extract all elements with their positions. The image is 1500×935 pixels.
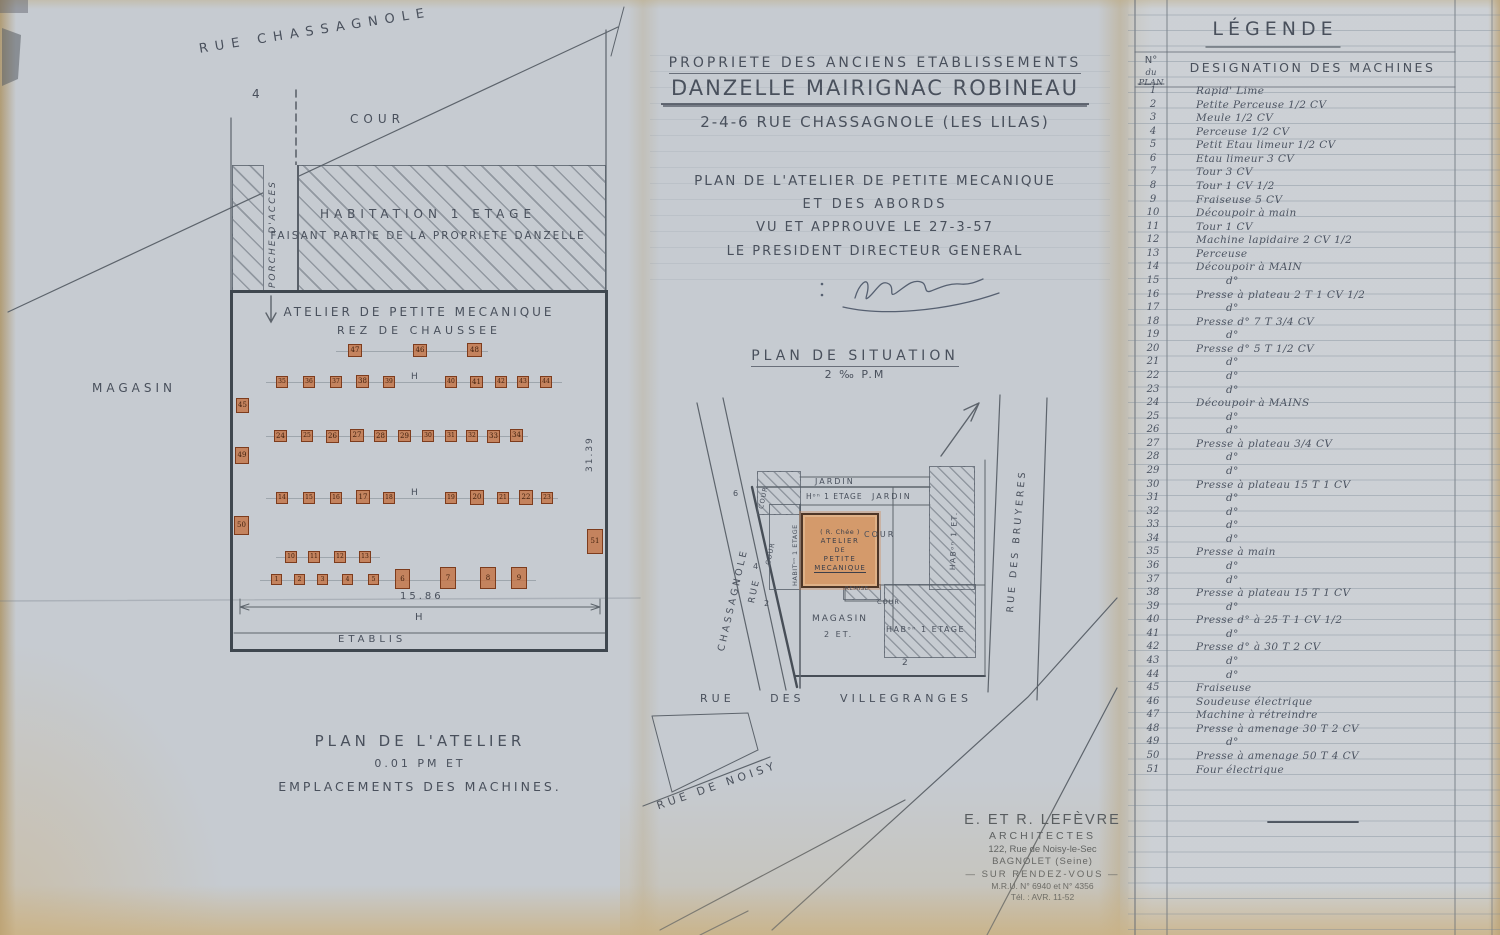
legend-row-44: 44d° [1128,669,1458,683]
stamp-name: E. ET R. LEFÈVRE [930,812,1155,828]
legend-row-number: 33 [1136,519,1170,530]
legend-row-14: 14Découpoir à MAIN [1128,261,1458,275]
legend-row-number: 47 [1136,709,1170,720]
legend-row-number: 20 [1136,343,1170,354]
legend-row-30: 30Presse à plateau 15 T 1 CV [1128,479,1458,493]
legend-row-2: 2Petite Perceuse 1/2 CV [1128,99,1458,113]
legend-row-47: 47Machine à rétreindre [1128,709,1458,723]
legend-row-43: 43d° [1128,655,1458,669]
legend-row-designation: d° [1226,424,1239,436]
legend-row-designation: Presse d° à 25 T 1 CV 1/2 [1196,614,1342,626]
legend-row-12: 12Machine lapidaire 2 CV 1/2 [1128,234,1458,248]
legend-row-31: 31d° [1128,492,1458,506]
legend-row-designation: Tour 1 CV [1196,221,1253,233]
height-dimension: 31.39 [585,436,595,472]
machine-square-9: 9 [511,567,527,589]
machine-square-51: 51 [587,529,603,554]
legend-row-number: 32 [1136,506,1170,517]
atelier-title-line1: ATELIER DE PETITE MECANIQUE [230,305,608,319]
cour-label: COUR [350,112,405,126]
atelier-title-line2: REZ DE CHAUSSEE [230,324,608,337]
machine-square-34: 34 [510,429,523,442]
legend-row-designation: Presse à plateau 3/4 CV [1196,438,1332,450]
situation-hab-bottom-label: HABᵒⁿ 1 ETAGE [886,625,965,634]
legend-row-36: 36d° [1128,560,1458,574]
legend-row-27: 27Presse à plateau 3/4 CV [1128,438,1458,452]
legend-row-designation: d° [1226,356,1239,368]
legend-row-designation: Presse d° à 30 T 2 CV [1196,641,1321,653]
architect-stamp: E. ET R. LEFÈVRE ARCHITECTES 122, Rue de… [930,812,1155,902]
legend-row-number: 36 [1136,560,1170,571]
machine-square-25: 25 [301,430,313,442]
blueprint-sheet: RUE CHASSAGNOLE 4 COUR PORCHE D'ACCES HA… [0,0,1500,935]
habitation-label-line1: HABITATION 1 ETAGE [250,207,606,221]
machine-square-21: 21 [497,492,509,504]
legend-row-number: 6 [1136,153,1170,164]
legend-row-number: 30 [1136,479,1170,490]
address-number-4: 4 [252,87,260,101]
legend-row-designation: d° [1226,370,1239,382]
situation-addr-4: 4 [753,562,758,571]
legend-row-designation: Petit Etau limeur 1/2 CV [1196,139,1336,151]
machine-square-50: 50 [234,516,249,535]
machine-square-39: 39 [383,376,395,388]
situation-addr-2: 2 [764,599,769,608]
machine-square-48: 48 [467,343,482,357]
legend-row-number: 2 [1136,99,1170,110]
situation-hab-left-label: HABITᵒⁿ 1 ETAGE [791,524,799,586]
legend-row-number: 1 [1136,85,1170,96]
legend-row-designation: Four électrique [1196,764,1284,776]
legend-row-designation: d° [1226,492,1239,504]
legend-col2-header: DESIGNATION DES MACHINES [1175,60,1450,75]
legend-row-15: 15d° [1128,275,1458,289]
situation-remise-label: REMISE [845,586,869,592]
legend-row-designation: Fraiseuse [1196,682,1252,694]
situation-title-wrap: PLAN DE SITUATION [700,345,1010,364]
legend-row-designation: d° [1226,736,1239,748]
situation-cour-label: COUR [864,530,895,539]
legend-row-29: 29d° [1128,465,1458,479]
legend-row-20: 20Presse d° 5 T 1/2 CV [1128,343,1458,357]
legend-row-designation: Machine lapidaire 2 CV 1/2 [1196,234,1352,246]
legend-row-designation: Fraiseuse 5 CV [1196,194,1282,206]
machine-square-33: 33 [487,430,500,443]
legend-row-49: 49d° [1128,736,1458,750]
legend-row-19: 19d° [1128,329,1458,343]
machine-square-5: 5 [368,574,379,585]
situation-magasin-line2: 2 ET. [824,630,853,639]
legend-row-33: 33d° [1128,519,1458,533]
legend-row-designation: d° [1226,533,1239,545]
column-mark-h: H [411,372,418,382]
legend-row-number: 39 [1136,601,1170,612]
stamp-city: BAGNOLET (Seine) [930,856,1155,867]
machine-square-29: 29 [398,430,411,442]
legend-row-number: 22 [1136,370,1170,381]
machine-square-23: 23 [541,492,553,504]
legend-row-designation: d° [1226,601,1239,613]
legend-row-number: 17 [1136,302,1170,313]
legend-row-number: 26 [1136,424,1170,435]
machine-square-35: 35 [276,376,288,388]
legend-row-number: 19 [1136,329,1170,340]
legend-row-number: 13 [1136,248,1170,259]
legend-row-designation: d° [1226,519,1239,531]
machine-square-18: 18 [383,492,395,504]
machine-square-15: 15 [303,492,315,504]
legend-row-number: 15 [1136,275,1170,286]
legend-row-40: 40Presse d° à 25 T 1 CV 1/2 [1128,614,1458,628]
legend-row-number: 50 [1136,750,1170,761]
plan-caption-line2: 0.01 PM ET [240,757,600,770]
legend-row-9: 9Fraiseuse 5 CV [1128,194,1458,208]
legend-row-21: 21d° [1128,356,1458,370]
machine-square-10: 10 [285,551,297,563]
legend-row-26: 26d° [1128,424,1458,438]
atelier-sq-line4: PETITE [824,555,857,563]
legend-row-11: 11Tour 1 CV [1128,221,1458,235]
machine-square-46: 46 [413,344,427,357]
legend-row-designation: d° [1226,384,1239,396]
machine-square-19: 19 [445,492,457,504]
situation-scale: 2 ‰ P.M [700,368,1010,381]
situation-parcel-2: 2 [902,658,908,668]
machine-square-40: 40 [445,376,457,388]
legend-row-6: 6Etau limeur 3 CV [1128,153,1458,167]
machine-square-1: 1 [271,574,282,585]
legend-row-39: 39d° [1128,601,1458,615]
legend-row-designation: Presse d° 5 T 1/2 CV [1196,343,1314,355]
legend-row-51: 51Four électrique [1128,764,1458,778]
legend-row-number: 46 [1136,696,1170,707]
legend-row-designation: Presse à plateau 15 T 1 CV [1196,587,1350,599]
machine-square-44: 44 [540,376,552,388]
stamp-rdv: — SUR RENDEZ-VOUS — [930,869,1155,880]
legend-row-number: 4 [1136,126,1170,137]
legend-row-28: 28d° [1128,451,1458,465]
legend-row-designation: Presse à amenage 30 T 2 CV [1196,723,1359,735]
legend-row-number: 40 [1136,614,1170,625]
legend-row-5: 5Petit Etau limeur 1/2 CV [1128,139,1458,153]
legend-row-number: 9 [1136,194,1170,205]
legend-row-1: 1Rapid' Lime [1128,85,1458,99]
legend-row-23: 23d° [1128,384,1458,398]
legend-row-22: 22d° [1128,370,1458,384]
legend-row-4: 4Perceuse 1/2 CV [1128,126,1458,140]
atelier-sq-line5: MECANIQUE [814,564,866,573]
legend-row-13: 13Perceuse [1128,248,1458,262]
legend-row-designation: Presse à amenage 50 T 4 CV [1196,750,1359,762]
machine-square-38: 38 [356,375,369,388]
legend-row-3: 3Meule 1/2 CV [1128,112,1458,126]
legend-row-designation: d° [1226,669,1239,681]
legend-row-number: 34 [1136,533,1170,544]
situation-atelier-square: ( R. Chée ) ATELIER DE PETITE MECANIQUE [801,513,879,588]
machine-square-14: 14 [276,492,288,504]
legend-row-16: 16Presse à plateau 2 T 1 CV 1/2 [1128,289,1458,303]
machine-square-42: 42 [495,376,507,388]
legend-row-designation: d° [1226,411,1239,423]
legend-row-number: 24 [1136,397,1170,408]
legend-row-designation: Meule 1/2 CV [1196,112,1273,124]
legend-row-50: 50Presse à amenage 50 T 4 CV [1128,750,1458,764]
machine-square-43: 43 [517,376,529,388]
machine-square-32: 32 [466,430,478,442]
machine-square-16: 16 [330,492,342,504]
etablis-label: ETABLIS [338,634,406,645]
machine-square-7: 7 [440,567,456,589]
column-mark-h: H [415,612,423,623]
legend-row-45: 45Fraiseuse [1128,682,1458,696]
machine-square-37: 37 [330,376,342,388]
situation-magasin-line1: MAGASIN [812,614,868,624]
legend-row-designation: Soudeuse électrique [1196,696,1312,708]
legend-row-number: 7 [1136,166,1170,177]
legend-row-number: 51 [1136,764,1170,775]
magasin-label: MAGASIN [92,381,176,395]
stamp-mru: M.R.U. N° 6940 et N° 4356 [930,881,1155,891]
stamp-profession: ARCHITECTES [930,830,1155,842]
legend-row-number: 29 [1136,465,1170,476]
legend-row-designation: Tour 3 CV [1196,166,1253,178]
machine-square-2: 2 [294,574,305,585]
machine-square-20: 20 [470,490,484,505]
legend-row-34: 34d° [1128,533,1458,547]
legend-col1-header-line1: N° [1136,55,1166,66]
legend-row-designation: d° [1226,465,1239,477]
legend-row-designation: d° [1226,655,1239,667]
legend-row-designation: Presse à main [1196,546,1276,558]
legend-row-designation: Presse d° 7 T 3/4 CV [1196,316,1314,328]
legend-row-41: 41d° [1128,628,1458,642]
legend-row-32: 32d° [1128,506,1458,520]
machine-square-13: 13 [359,551,371,563]
legend-row-number: 11 [1136,221,1170,232]
machine-square-4: 4 [342,574,353,585]
legend-row-designation: d° [1226,275,1239,287]
legend-row-number: 44 [1136,669,1170,680]
legend-row-designation: d° [1226,574,1239,586]
legend-row-number: 41 [1136,628,1170,639]
machine-square-41: 41 [470,376,483,388]
situation-rue-villegranges-label: RUE DES VILLEGRANGES [700,692,972,705]
machine-square-49: 49 [235,447,249,464]
legend-row-designation: Petite Perceuse 1/2 CV [1196,99,1326,111]
legend-row-number: 42 [1136,641,1170,652]
machine-square-28: 28 [374,430,387,442]
atelier-sq-line2: ATELIER [821,537,860,545]
legend-row-10: 10Découpoir à main [1128,207,1458,221]
situation-addr-6: 6 [733,489,738,498]
legend-title: LÉGENDE [1200,18,1350,40]
legend-row-number: 43 [1136,655,1170,666]
legend-row-24: 24Découpoir à MAINS [1128,397,1458,411]
legend-row-designation: Tour 1 CV 1/2 [1196,180,1275,192]
plan-caption-line3: EMPLACEMENTS DES MACHINES. [240,779,600,794]
legend-row-8: 8Tour 1 CV 1/2 [1128,180,1458,194]
machine-square-3: 3 [317,574,328,585]
legend-row-designation: d° [1226,628,1239,640]
legend-row-designation: Presse à plateau 15 T 1 CV [1196,479,1350,491]
situation-hab-top-label: Hᵒⁿ 1 ETAGE [806,492,863,501]
legend-row-designation: Découpoir à main [1196,207,1297,219]
legend-row-number: 21 [1136,356,1170,367]
legend-row-number: 37 [1136,574,1170,585]
legend-row-number: 5 [1136,139,1170,150]
legend-row-number: 38 [1136,587,1170,598]
machine-square-26: 26 [326,430,339,443]
machine-square-36: 36 [303,376,315,388]
plan-caption-line1: PLAN DE L'ATELIER [240,732,600,750]
machine-square-8: 8 [480,567,496,589]
legend-row-number: 45 [1136,682,1170,693]
legend-row-number: 27 [1136,438,1170,449]
legend-row-designation: Etau limeur 3 CV [1196,153,1294,165]
stamp-address: 122, Rue de Noisy-le-Sec [930,844,1155,855]
machine-square-24: 24 [274,430,287,442]
machine-square-22: 22 [519,490,533,505]
legend-row-7: 7Tour 3 CV [1128,166,1458,180]
legend-row-designation: Rapid' Lime [1196,85,1264,97]
legend-row-designation: d° [1226,451,1239,463]
legend-row-46: 46Soudeuse électrique [1128,696,1458,710]
legend-row-number: 10 [1136,207,1170,218]
stamp-tel: Tél. : AVR. 11-52 [930,892,1155,902]
legend-row-designation: d° [1226,560,1239,572]
machine-square-17: 17 [356,490,370,504]
legend-row-number: 14 [1136,261,1170,272]
habitation-label-line2: FAISANT PARTIE DE LA PROPRIETE DANZELLE [250,230,606,242]
legend-row-designation: Perceuse [1196,248,1248,260]
legend-row-17: 17d° [1128,302,1458,316]
column-mark-h: H [411,488,418,498]
machine-square-6: 6 [395,569,410,589]
legend-row-number: 35 [1136,546,1170,557]
legend-row-designation: Presse à plateau 2 T 1 CV 1/2 [1196,289,1365,301]
legend-row-designation: d° [1226,329,1239,341]
legend-row-48: 48Presse à amenage 30 T 2 CV [1128,723,1458,737]
legend-row-designation: Perceuse 1/2 CV [1196,126,1289,138]
legend-row-designation: d° [1226,302,1239,314]
legend-row-designation: Machine à rétreindre [1196,709,1318,721]
legend-row-number: 8 [1136,180,1170,191]
legend-row-35: 35Presse à main [1128,546,1458,560]
center-guide-ruling [650,40,1110,290]
legend-row-designation: d° [1226,506,1239,518]
machine-square-27: 27 [350,429,364,442]
machine-square-30: 30 [422,430,434,442]
legend-row-18: 18Presse d° 7 T 3/4 CV [1128,316,1458,330]
legend-row-number: 18 [1136,316,1170,327]
legend-row-number: 25 [1136,411,1170,422]
atelier-sq-line3: DE [834,546,845,554]
legend-row-42: 42Presse d° à 30 T 2 CV [1128,641,1458,655]
machine-square-45: 45 [236,398,249,413]
situation-title: PLAN DE SITUATION [751,348,959,367]
legend-row-designation: Découpoir à MAIN [1196,261,1302,273]
situation-cour-label: COUR [877,598,900,606]
situation-building-hatch [884,584,976,658]
atelier-sq-line1: ( R. Chée ) [820,528,860,536]
machine-square-47: 47 [348,344,362,357]
width-dimension: 15.86 [400,591,444,602]
legend-row-number: 3 [1136,112,1170,123]
legend-row-25: 25d° [1128,411,1458,425]
situation-jardin-label: JARDIN [872,492,912,501]
legend-row-number: 23 [1136,384,1170,395]
legend-row-number: 28 [1136,451,1170,462]
legend-row-designation: Découpoir à MAINS [1196,397,1310,409]
legend-row-number: 12 [1136,234,1170,245]
machine-square-31: 31 [445,430,457,442]
legend-row-number: 49 [1136,736,1170,747]
machine-square-11: 11 [308,551,320,563]
legend-row-number: 48 [1136,723,1170,734]
legend-row-37: 37d° [1128,574,1458,588]
legend-row-number: 16 [1136,289,1170,300]
machine-square-12: 12 [334,551,346,563]
legend-row-number: 31 [1136,492,1170,503]
situation-jardin-label: JARDIN [815,477,855,486]
legend-row-38: 38Presse à plateau 15 T 1 CV [1128,587,1458,601]
